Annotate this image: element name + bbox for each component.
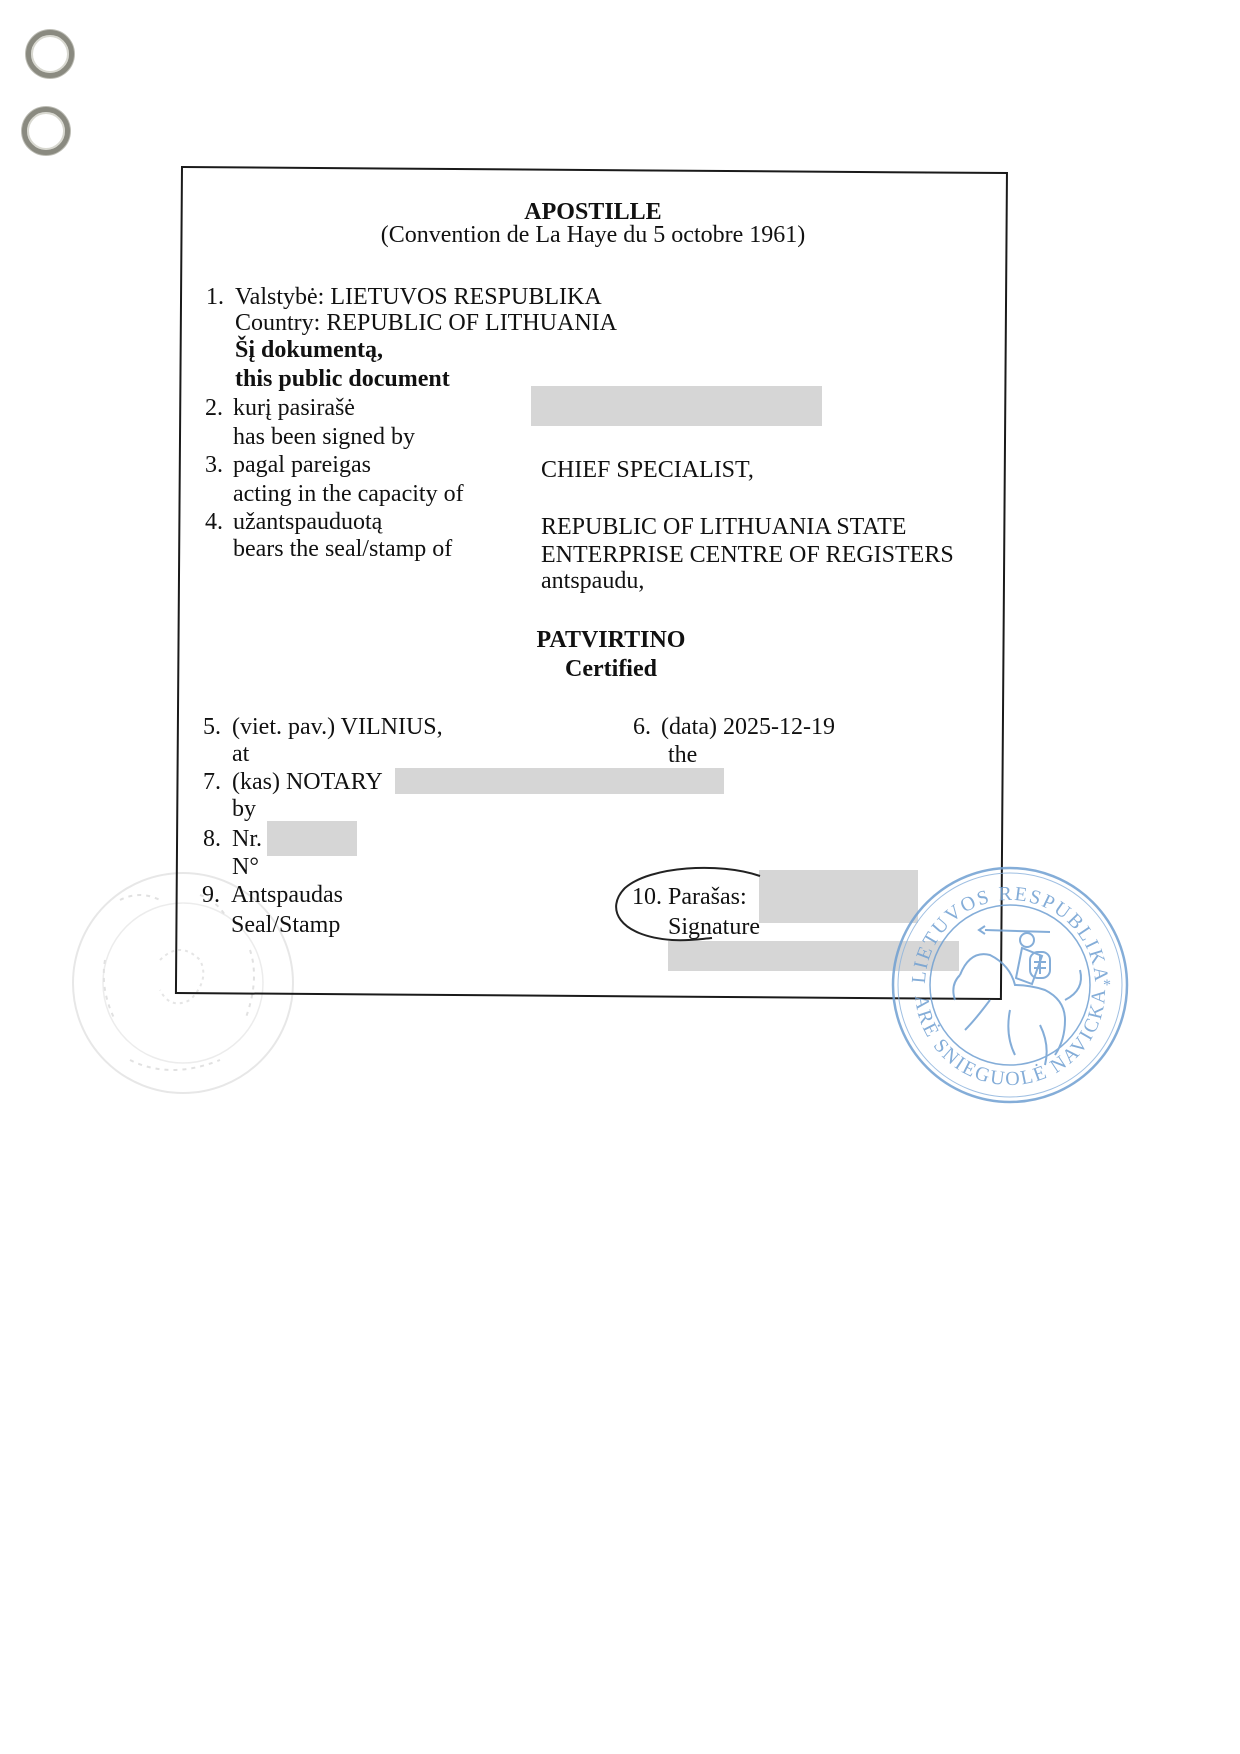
- stamp-star: *: [1103, 977, 1111, 994]
- vytis-emblem-icon: [953, 926, 1081, 1065]
- svg-text:LIETUVOS RESPUBLIKA: LIETUVOS RESPUBLIKA: [908, 883, 1112, 985]
- stamp-top-text: LIETUVOS RESPUBLIKA: [908, 883, 1112, 985]
- notary-stamp: LIETUVOS RESPUBLIKA NOTARĖ SNIEGUOLĖ NAV…: [0, 0, 1240, 1754]
